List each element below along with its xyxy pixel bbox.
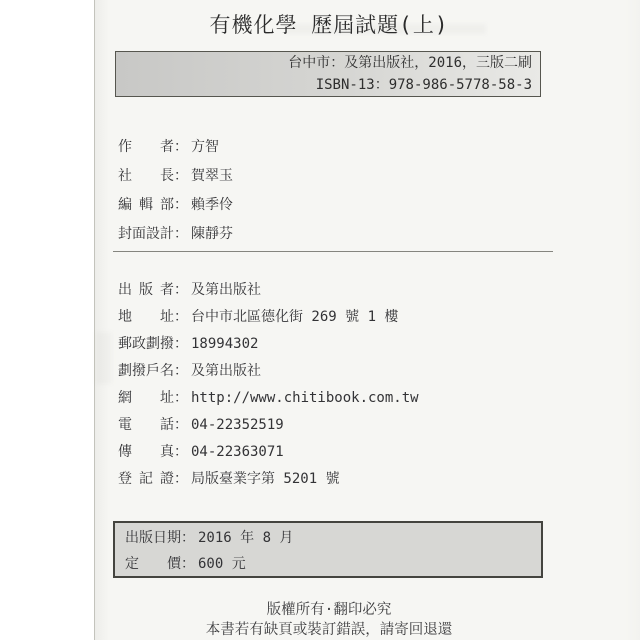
price-info-box: 出版日期：2016 年 8 月 定價：600 元 (113, 521, 543, 578)
row-value: 及第出版社 (191, 363, 261, 379)
row-value: 04-22352519 (191, 417, 284, 433)
row-value: 賴季伶 (191, 197, 233, 213)
row-colon: ： (174, 304, 188, 331)
row-colon: ： (174, 385, 188, 412)
row-colon: ： (174, 331, 188, 358)
row-value: 600 元 (198, 556, 246, 572)
row-label: 定價 (125, 551, 181, 577)
footer-notices: 版權所有·翻印必究 本書若有缺頁或裝訂錯誤，請寄回退還 (115, 601, 543, 640)
publisher-row: 傳真：04-22363071 (118, 439, 419, 466)
row-label: 劃撥戶名 (118, 358, 174, 385)
row-value: 2016 年 8 月 (198, 530, 293, 546)
scanned-page: 有機化學 歷屆試題(上) 台中市：及第出版社，2016，三版二刷 ISBN-13… (0, 0, 640, 640)
copyright-notice: 版權所有·翻印必究 (115, 601, 543, 621)
isbn-line: ISBN-13：978-986-5778-58-3 (316, 74, 532, 96)
staff-row: 編輯部：賴季伶 (118, 191, 233, 220)
staff-section: 作者：方智 社長：賀翠玉 編輯部：賴季伶 封面設計：陳靜芬 (118, 133, 233, 249)
edition-info-box: 台中市：及第出版社，2016，三版二刷 ISBN-13：978-986-5778… (115, 51, 541, 97)
row-colon: ： (181, 525, 195, 551)
return-notice: 本書若有缺頁或裝訂錯誤，請寄回退還 (115, 621, 543, 640)
publisher-row: 登記證：局版臺業字第 5201 號 (118, 466, 419, 493)
row-label: 作者 (118, 133, 174, 162)
row-label: 出版者 (118, 277, 174, 304)
edition-line: 台中市：及第出版社，2016，三版二刷 (288, 52, 532, 74)
row-value: 方智 (191, 139, 219, 155)
page-title: 有機化學 歷屆試題(上) (115, 9, 543, 39)
row-label: 網址 (118, 385, 174, 412)
row-colon: ： (181, 551, 195, 577)
row-colon: ： (174, 466, 188, 493)
row-label: 封面設計 (118, 220, 174, 249)
row-colon: ： (174, 412, 188, 439)
row-value: 局版臺業字第 5201 號 (191, 471, 340, 487)
row-label: 社長 (118, 162, 174, 191)
publisher-row: 劃撥戶名：及第出版社 (118, 358, 419, 385)
row-value: 賀翠玉 (191, 168, 233, 184)
publisher-row: 地址：台中市北區德化街 269 號 1 樓 (118, 304, 419, 331)
row-colon: ： (174, 191, 188, 220)
price-row: 定價：600 元 (125, 551, 541, 577)
row-value: 04-22363071 (191, 444, 284, 460)
row-label: 郵政劃撥 (118, 331, 174, 358)
row-label: 編輯部 (118, 191, 174, 220)
row-colon: ： (174, 220, 188, 249)
staff-row: 社長：賀翠玉 (118, 162, 233, 191)
staff-row: 作者：方智 (118, 133, 233, 162)
publisher-section: 出版者：及第出版社 地址：台中市北區德化街 269 號 1 樓 郵政劃撥：189… (118, 277, 419, 493)
publisher-row: 電話：04-22352519 (118, 412, 419, 439)
row-colon: ： (174, 439, 188, 466)
publisher-row: 出版者：及第出版社 (118, 277, 419, 304)
row-value: http://www.chitibook.com.tw (191, 390, 419, 406)
row-label: 出版日期 (125, 525, 181, 551)
row-value: 及第出版社 (191, 282, 261, 298)
publisher-row: 網址：http://www.chitibook.com.tw (118, 385, 419, 412)
row-value: 陳靜芬 (191, 226, 233, 242)
row-label: 登記證 (118, 466, 174, 493)
row-colon: ： (174, 277, 188, 304)
row-value: 18994302 (191, 336, 258, 352)
row-label: 地址 (118, 304, 174, 331)
row-colon: ： (174, 133, 188, 162)
staff-row: 封面設計：陳靜芬 (118, 220, 233, 249)
row-colon: ： (174, 358, 188, 385)
row-colon: ： (174, 162, 188, 191)
row-value: 台中市北區德化街 269 號 1 樓 (191, 309, 398, 325)
section-divider (113, 251, 553, 252)
row-label: 傳真 (118, 439, 174, 466)
price-row: 出版日期：2016 年 8 月 (125, 525, 541, 551)
row-label: 電話 (118, 412, 174, 439)
publisher-row: 郵政劃撥：18994302 (118, 331, 419, 358)
